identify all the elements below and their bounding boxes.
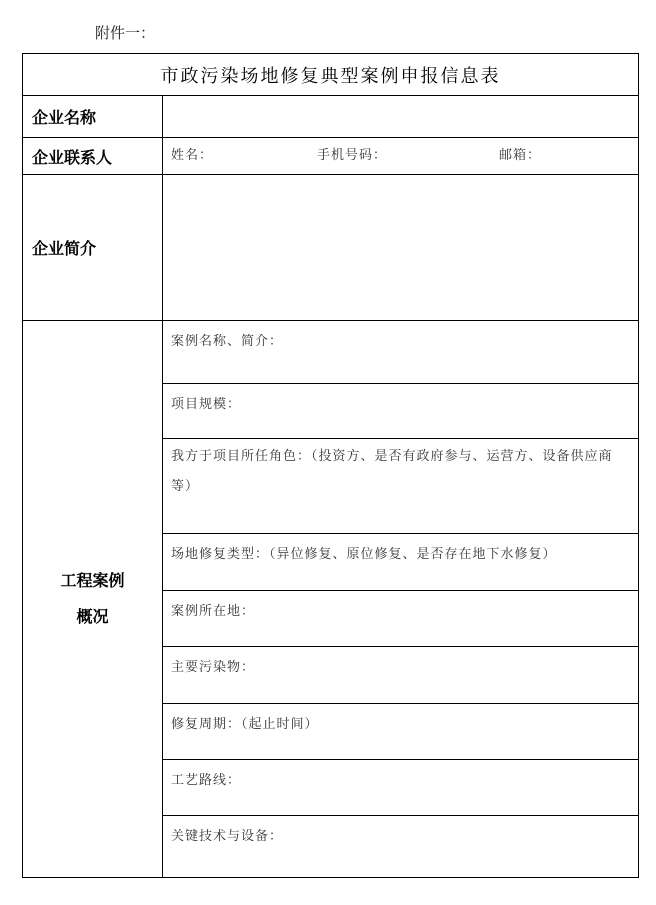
case-name-field[interactable]: 案例名称、简介： <box>163 321 639 384</box>
location-label: 案例所在地： <box>171 598 630 621</box>
remediation-type-label: 场地修复类型：（异位修复、原位修复、是否存在地下水修复） <box>171 541 630 564</box>
project-scale-label: 项目规模： <box>171 391 630 414</box>
form-title: 市政污染场地修复典型案例申报信息表 <box>23 54 639 96</box>
project-scale-field[interactable]: 项目规模： <box>163 384 639 439</box>
key-tech-field[interactable]: 关键技术与设备： <box>163 816 639 878</box>
remediation-type-field[interactable]: 场地修复类型：（异位修复、原位修复、是否存在地下水修复） <box>163 534 639 591</box>
application-form-table: 市政污染场地修复典型案例申报信息表 企业名称 企业联系人 姓名： 手机号码： 邮… <box>22 53 639 878</box>
company-profile-label: 企业简介 <box>23 175 163 321</box>
company-contact-label: 企业联系人 <box>23 138 163 175</box>
remediation-period-field[interactable]: 修复周期：（起止时间） <box>163 704 639 760</box>
company-name-row: 企业名称 <box>23 96 639 138</box>
company-name-label: 企业名称 <box>23 96 163 138</box>
key-tech-label: 关键技术与设备： <box>171 823 630 846</box>
pollutants-field[interactable]: 主要污染物： <box>163 647 639 704</box>
role-label: 我方于项目所任角色：（投资方、是否有政府参与、运营方、设备供应商等） <box>171 442 630 502</box>
case-overview-label-line1: 工程案例 <box>23 563 162 599</box>
company-profile-field[interactable] <box>163 175 639 321</box>
contact-phone-field[interactable]: 手机号码： <box>317 141 499 171</box>
contact-email-field[interactable]: 邮箱： <box>499 141 541 171</box>
attachment-label: 附件一： <box>95 22 155 43</box>
case-overview-label-line2: 概况 <box>23 599 162 635</box>
pollutants-label: 主要污染物： <box>171 654 630 677</box>
process-route-field[interactable]: 工艺路线： <box>163 760 639 816</box>
location-field[interactable]: 案例所在地： <box>163 591 639 647</box>
company-contact-row: 企业联系人 姓名： 手机号码： 邮箱： <box>23 138 639 175</box>
case-row: 工程案例 概况 案例名称、简介： <box>23 321 639 384</box>
title-row: 市政污染场地修复典型案例申报信息表 <box>23 54 639 96</box>
company-name-field[interactable] <box>163 96 639 138</box>
contact-name-field[interactable]: 姓名： <box>171 141 317 171</box>
case-name-label: 案例名称、简介： <box>171 328 630 351</box>
role-field[interactable]: 我方于项目所任角色：（投资方、是否有政府参与、运营方、设备供应商等） <box>163 439 639 534</box>
process-route-label: 工艺路线： <box>171 767 630 790</box>
case-overview-label: 工程案例 概况 <box>23 321 163 878</box>
company-contact-field: 姓名： 手机号码： 邮箱： <box>163 138 639 175</box>
remediation-period-label: 修复周期：（起止时间） <box>171 711 630 734</box>
company-profile-row: 企业简介 <box>23 175 639 321</box>
